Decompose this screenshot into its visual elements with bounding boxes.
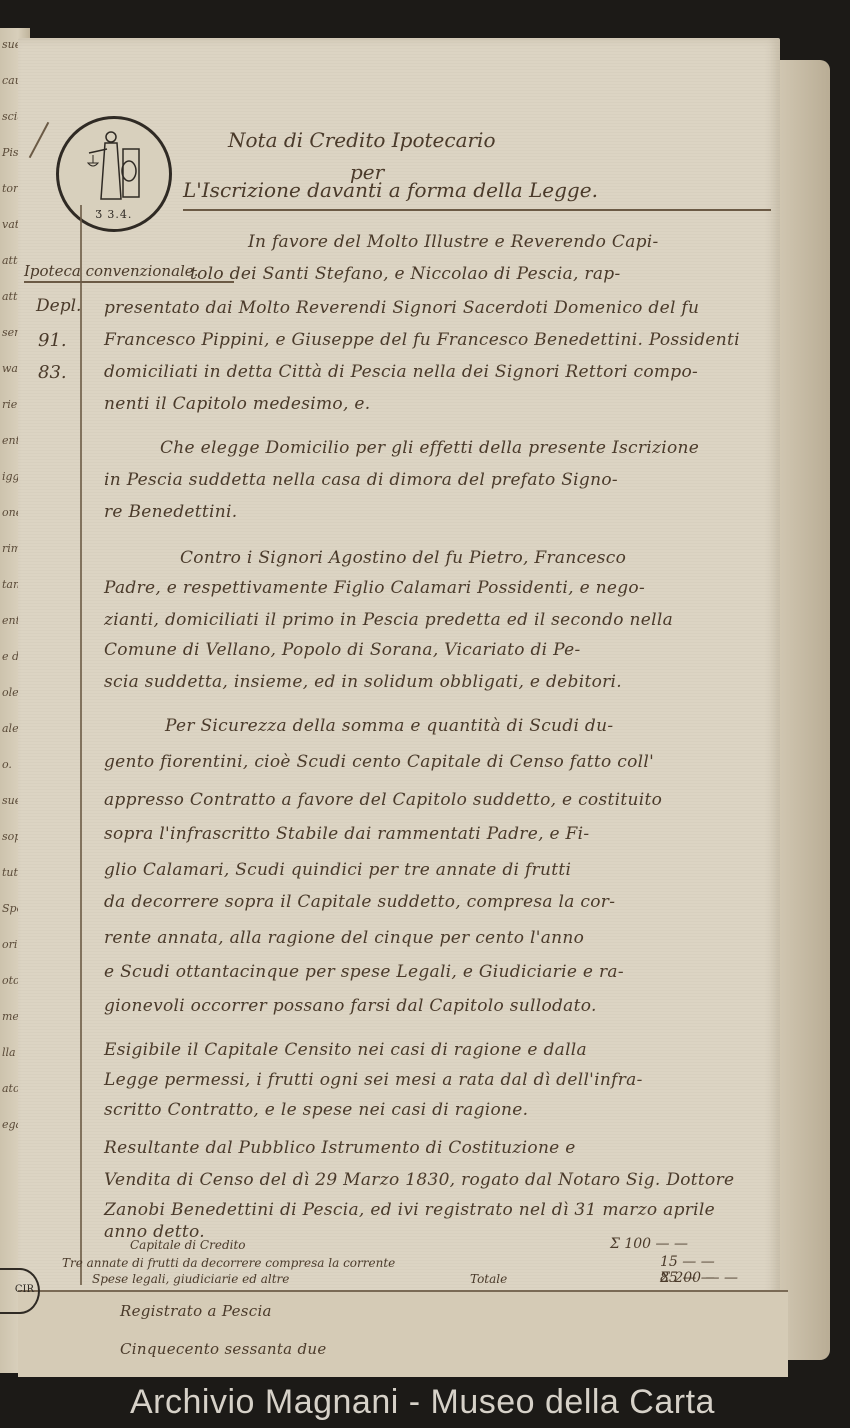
totals-label: Capitale di Credito (130, 1238, 246, 1252)
body-line: glio Calamari, Scudi quindici per tre an… (104, 860, 571, 880)
body-line: sopra l'infrascritto Stabile dai ramment… (104, 824, 589, 844)
body-line: e Scudi ottantacinque per spese Legali, … (104, 962, 624, 982)
doc-subtitle: L'Iscrizione davanti a forma della Legge… (183, 178, 598, 202)
totals-amount: 15 — — (660, 1254, 715, 1270)
body-line: domiciliati in detta Città di Pescia nel… (104, 362, 698, 382)
margin-ref-label: Depl. (36, 296, 81, 316)
body-line: presentato dai Molto Reverendi Signori S… (104, 298, 699, 318)
totals-label: Totale (470, 1272, 507, 1286)
document-scan: suecausciaPisugtorivattiatto nattisemplw… (0, 0, 850, 1428)
body-line: Vendita di Censo del dì 29 Marzo 1830, r… (104, 1170, 734, 1190)
body-line: zianti, domiciliati il primo in Pescia p… (104, 610, 673, 630)
left-page-fragment: o. (2, 758, 12, 771)
body-line: scia suddetta, insieme, ed in solidum ob… (104, 672, 622, 692)
left-page-fragment: ale (2, 722, 19, 735)
totals-label: Spese legali, giudiciarie ed altre (92, 1272, 289, 1286)
body-line: In favore del Molto Illustre e Reverendo… (248, 232, 659, 252)
watermark: Archivio Magnani - Museo della Carta (130, 1383, 715, 1422)
margin-ref-number-2: 83. (38, 362, 67, 383)
body-line: gento fiorentini, cioè Scudi cento Capit… (104, 752, 654, 772)
body-line: appresso Contratto a favore del Capitolo… (104, 790, 662, 810)
body-line: Francesco Pippini, e Giuseppe del fu Fra… (104, 330, 740, 350)
body-line: scritto Contratto, e le spese nei casi d… (104, 1100, 528, 1120)
body-line: Resultante dal Pubblico Istrumento di Co… (104, 1138, 576, 1158)
left-page-fragment: ato (2, 1082, 20, 1095)
revenue-stamp: Ʒ 3.4. (56, 116, 172, 232)
body-line: rente annata, alla ragione del cinque pe… (104, 928, 584, 948)
body-line: da decorrere sopra il Capitale suddetto,… (104, 892, 615, 912)
doc-title: Nota di Credito Ipotecario (228, 128, 496, 152)
body-line: tolo dei Santi Stefano, e Niccolao di Pe… (190, 264, 621, 284)
body-line: in Pescia suddetta nella casa di dimora … (104, 470, 618, 490)
body-line: Zanobi Benedettini di Pescia, ed ivi reg… (104, 1200, 715, 1220)
registration-amount: Cinquecento sessanta due (120, 1340, 327, 1358)
body-line: Esigibile il Capitale Censito nei casi d… (104, 1040, 587, 1060)
body-line: Comune di Vellano, Popolo di Sorana, Vic… (104, 640, 581, 660)
registration-note: Registrato a Pescia (120, 1302, 272, 1320)
side-stamp: CIR (0, 1268, 40, 1314)
left-page-fragment: me (2, 1010, 19, 1023)
body-line: Legge permessi, i frutti ogni sei mesi a… (104, 1070, 643, 1090)
body-line: Contro i Signori Agostino del fu Pietro,… (180, 548, 626, 568)
left-page-fragment: ori (2, 938, 17, 951)
margin-ref-number-1: 91. (38, 330, 67, 351)
body-line: Padre, e respettivamente Figlio Calamari… (104, 578, 645, 598)
stamp-value: Ʒ 3.4. (59, 208, 169, 221)
totals-amount: Ʃ 200 — — (660, 1270, 738, 1286)
body-line: gionevoli occorrer possano farsi dal Cap… (104, 996, 597, 1016)
body-line: nenti il Capitolo medesimo, e. (104, 394, 370, 414)
totals-label: Tre annate di frutti da decorrere compre… (62, 1256, 395, 1270)
justice-figure-icon (87, 129, 141, 201)
totals-amount: Ʃ 100 — — (610, 1236, 688, 1252)
margin-rule (80, 205, 82, 1285)
header-rule (183, 209, 771, 211)
body-line: Per Sicurezza della somma e quantità di … (165, 716, 613, 736)
margin-heading: Ipoteca convenzionale. (24, 262, 198, 280)
body-line: Che elegge Domicilio per gli effetti del… (160, 438, 699, 458)
left-page-fragment: lla (2, 1046, 16, 1059)
body-line: re Benedettini. (104, 502, 238, 522)
